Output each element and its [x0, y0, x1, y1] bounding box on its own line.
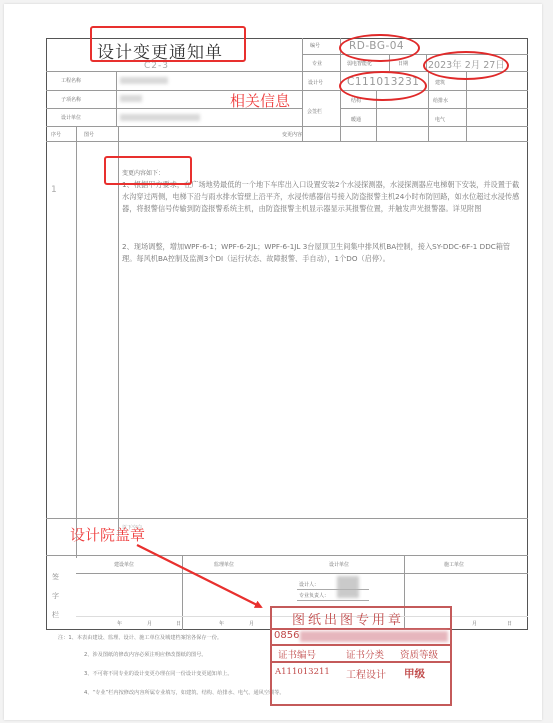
arrow-icon	[4, 4, 542, 720]
document-page: 设计变更通知单 C2-3 工程名称 子项名称 设计单位 编号 RD-BG-04 …	[4, 4, 542, 720]
